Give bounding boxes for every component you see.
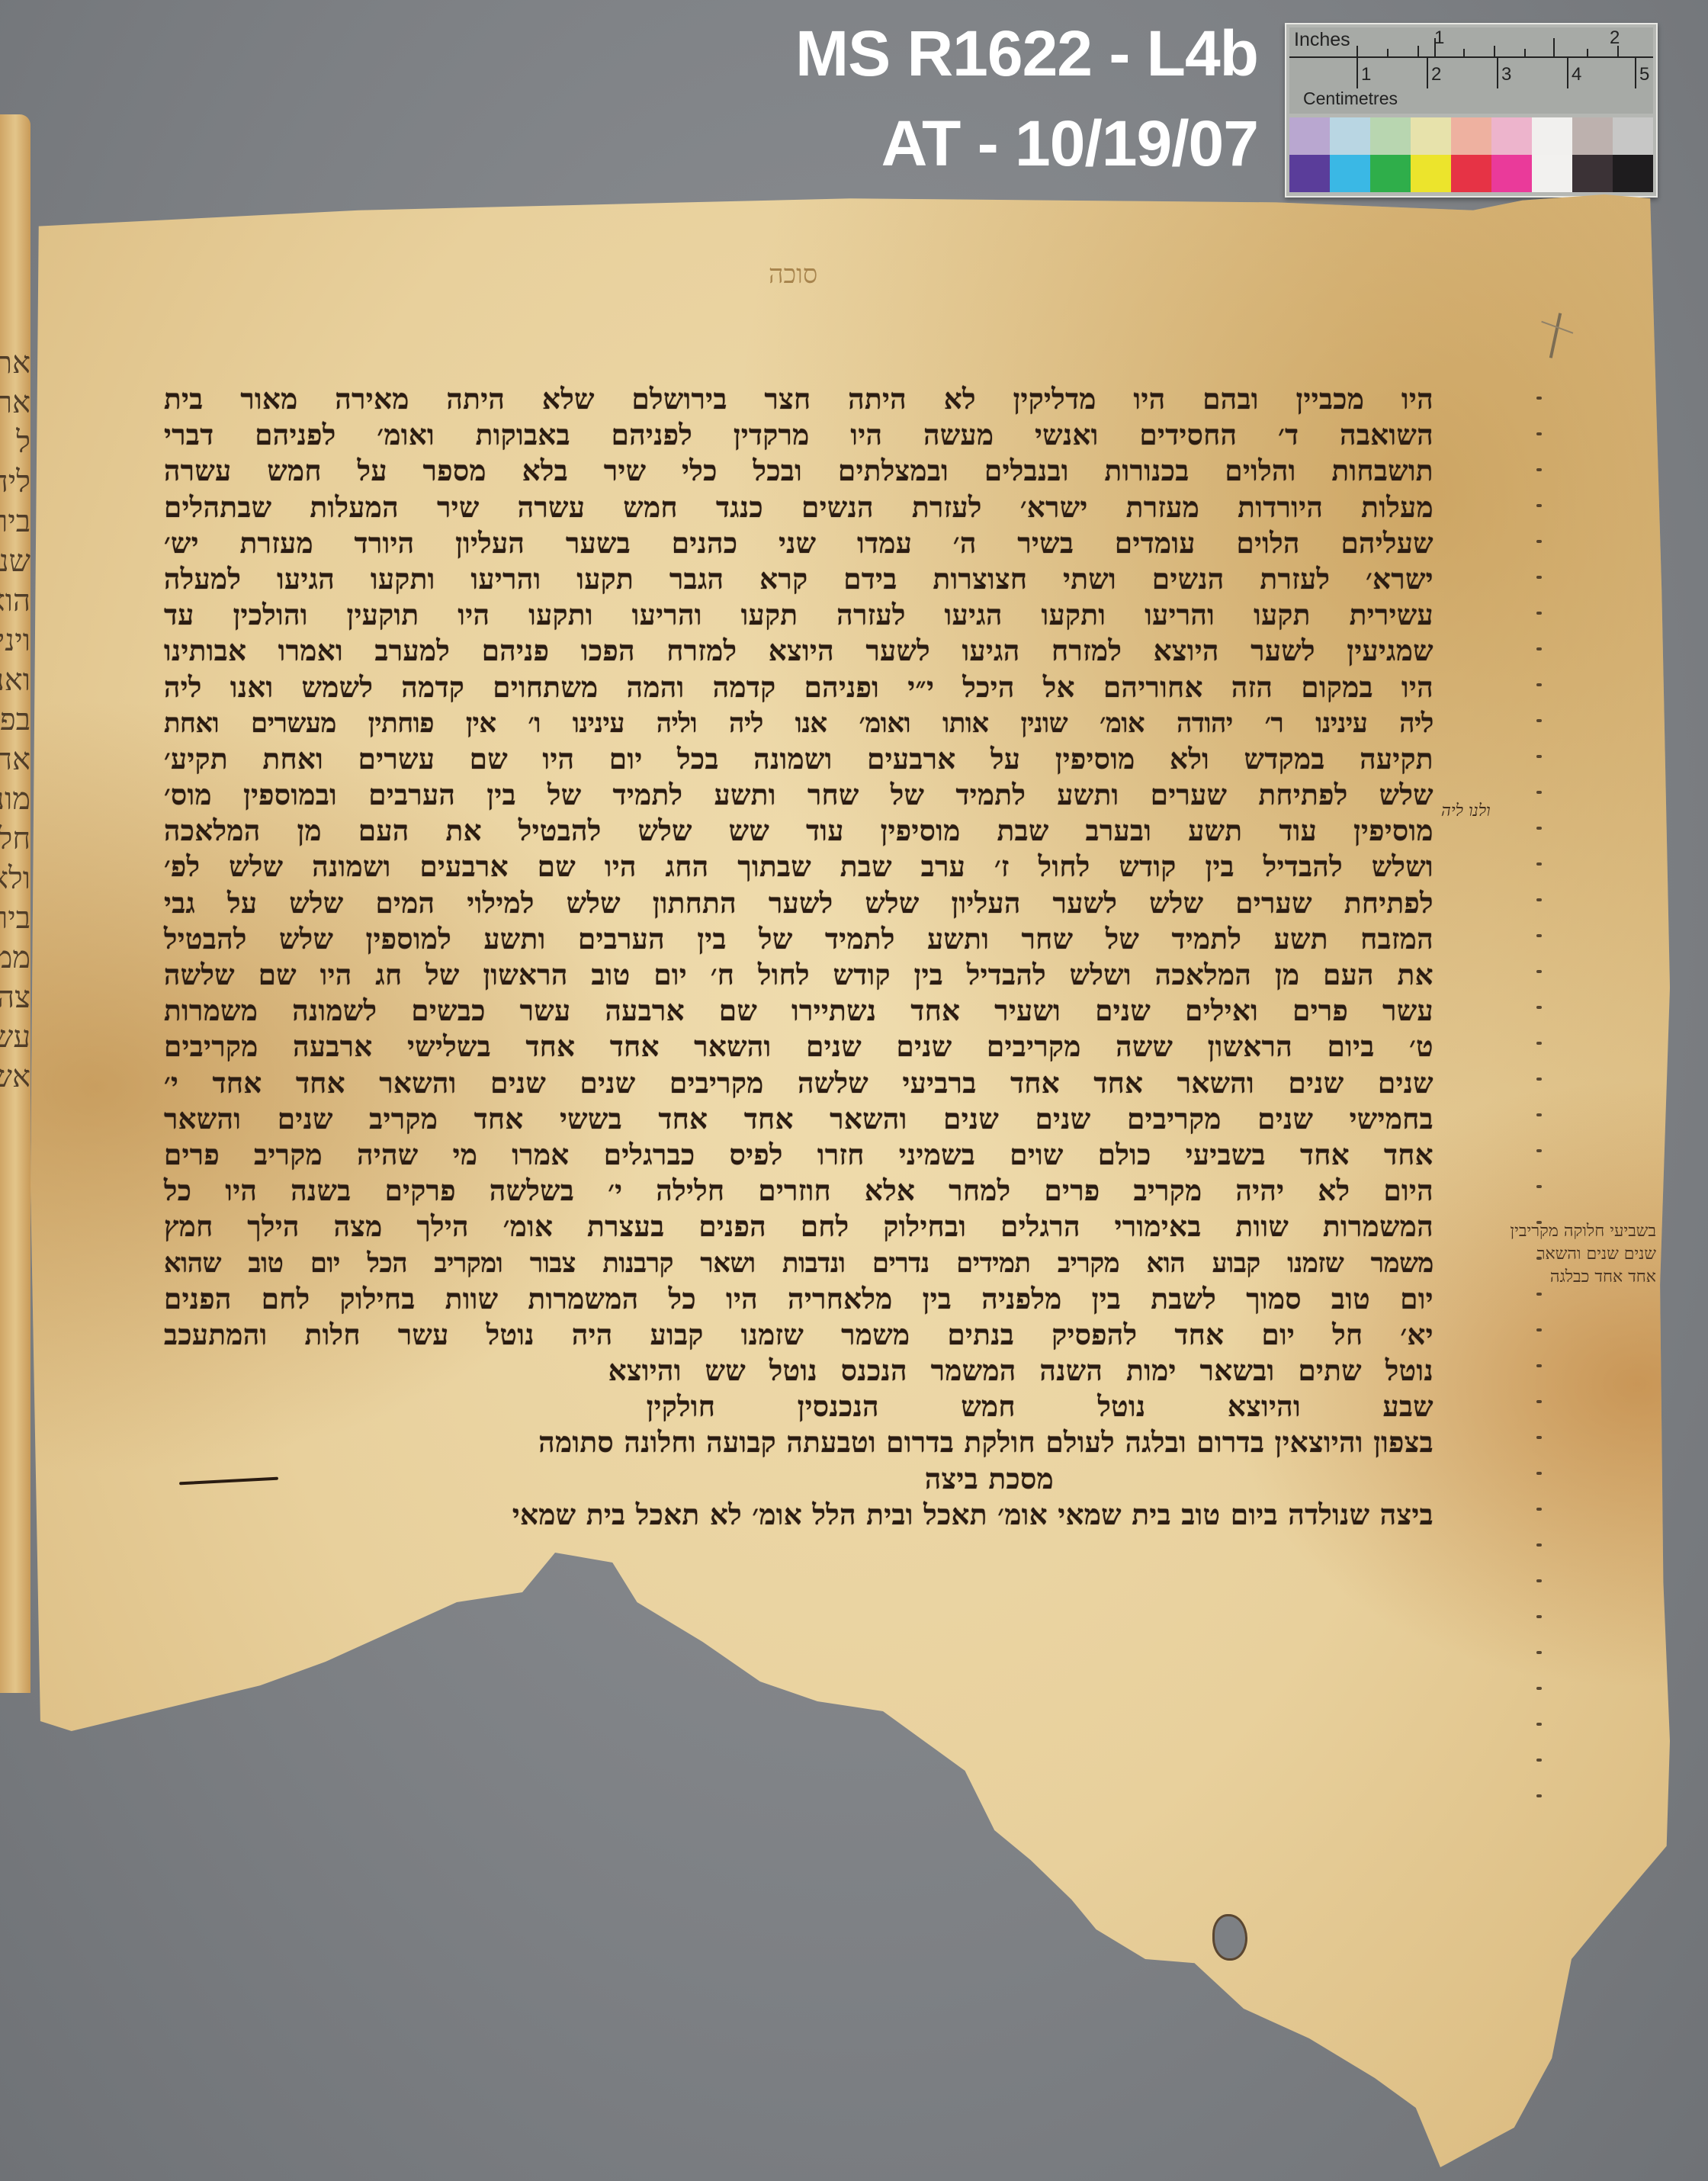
marginal-correction: ולנו ליה	[1441, 801, 1491, 821]
previous-folio-fragment: מונ	[0, 779, 30, 819]
previous-folio-fragment: עשו	[0, 1017, 30, 1057]
previous-folio-fragment: ל	[0, 422, 30, 462]
prick-mark	[1536, 1579, 1542, 1582]
tractate-heading: מסכת ביצה	[164, 1461, 1433, 1497]
prick-mark	[1536, 1543, 1542, 1547]
prick-mark	[1536, 612, 1542, 615]
cm-number: 1	[1361, 64, 1371, 85]
prick-mark	[1536, 1257, 1542, 1260]
prick-mark	[1536, 1794, 1542, 1797]
color-swatch	[1572, 117, 1613, 192]
marginal-note-line: בשביעי חלוקה מקריבין	[1435, 1220, 1656, 1243]
text-line: היו במקום הזה אחוריהם אל היכל י״י ופניהם…	[164, 670, 1433, 705]
text-line: ליה עינינו ר׳ יהודה אומ׳ שונין אותו ואומ…	[164, 705, 1433, 741]
prick-mark	[1536, 1400, 1542, 1403]
prick-mark	[1536, 576, 1542, 579]
prick-mark	[1536, 1042, 1542, 1045]
parchment-hole	[1212, 1914, 1247, 1961]
photo-date-label: AT - 10/19/07	[671, 107, 1258, 180]
prick-mark	[1536, 1221, 1542, 1224]
prick-mark	[1536, 647, 1542, 650]
prick-mark	[1536, 540, 1542, 543]
cm-number: 3	[1501, 64, 1511, 85]
cm-number: 2	[1431, 64, 1441, 85]
text-line: עשירית תקעו והריעו ותקעו הגיעו לעזרה תקע…	[164, 597, 1433, 633]
text-line: שעליהם הלוים עומדים בשיר ה׳ עמדו שני כהנ…	[164, 525, 1433, 561]
previous-folio-fragment: ויני	[0, 621, 30, 660]
previous-folio-fragment: צהו	[0, 978, 30, 1017]
prick-mark	[1536, 1185, 1542, 1188]
color-swatch	[1330, 117, 1370, 192]
text-line: המשמרות שוות באימורי הרגלים ובחילוק לחם …	[164, 1209, 1433, 1245]
text-line: ישרא׳ לעזרת הנשים ושתי חצוצרות בידם קרא …	[164, 561, 1433, 597]
color-swatch	[1532, 117, 1572, 192]
prick-mark	[1536, 719, 1542, 722]
previous-folio-fragment: חלו	[0, 819, 30, 859]
text-line: השואבה ד׳ החסידים ואנשי מעשה היו מרקדין …	[164, 417, 1433, 453]
previous-folio-fragment: אחד	[0, 740, 30, 779]
previous-folio-fragment: ולא	[0, 859, 30, 898]
prick-mark	[1536, 1436, 1542, 1439]
prick-mark	[1536, 504, 1542, 507]
previous-folio-fragment: ליה	[0, 462, 30, 502]
prick-mark	[1536, 1328, 1542, 1331]
cm-number: 5	[1639, 64, 1649, 85]
prick-mark	[1536, 791, 1542, 794]
text-line: מוסיפין עוד תשע ובערב שבת מוסיפין עוד שש…	[164, 813, 1433, 849]
prick-mark	[1536, 1364, 1542, 1367]
previous-folio-fragment: ממא	[0, 938, 30, 978]
text-line: היו מכביין ובהם היו מדליקין לא היתה חצר …	[164, 381, 1433, 417]
text-line: המזבח תשע לתמיד של שחר ותשע לתמיד של בין…	[164, 921, 1433, 957]
text-line: יא׳ חל יום אחד להפסיק בנתים משמר שזמנו ק…	[164, 1317, 1433, 1353]
shelfmark-label: MS R1622 - L4b	[671, 17, 1258, 90]
previous-folio-fragment: שנוי	[0, 541, 30, 581]
prick-mark	[1536, 1508, 1542, 1511]
text-line: היום לא יהיה מקריב פרים למחר אלא חוזרים …	[164, 1173, 1433, 1209]
prick-mark	[1536, 898, 1542, 901]
inches-label: Inches	[1294, 29, 1350, 51]
text-line: תושבחות והלוים בכנורות ובנבלים ובמצלתים …	[164, 453, 1433, 489]
prick-mark	[1536, 1615, 1542, 1618]
color-swatch	[1411, 117, 1451, 192]
text-line: יום טוב סמוך לשבת בין מלפניה בין מלאחריה…	[164, 1281, 1433, 1317]
color-swatch	[1491, 117, 1532, 192]
text-line: שמגיעין לשער היוצא למזרח הגיעו לשער היוצ…	[164, 633, 1433, 669]
marginal-note: בשביעי חלוקה מקריבין שנים שנים והשאר אחד…	[1435, 1220, 1656, 1289]
prick-mark	[1536, 1687, 1542, 1690]
previous-folio-text: אתארלליהבירושנויהואויניואנבפראחדמונחלוול…	[0, 343, 30, 1716]
text-line: בצפון והיוצאין בדרום ובלגה לעולם חולקת ב…	[164, 1425, 1433, 1460]
previous-folio-fragment: בירו	[0, 502, 30, 541]
prick-mark	[1536, 683, 1542, 686]
color-swatch	[1451, 117, 1491, 192]
prick-mark	[1536, 1149, 1542, 1152]
prick-mark	[1536, 432, 1542, 435]
text-line: אחד אחד בשביעי כולם שוים בשמיני חזרו לפי…	[164, 1137, 1433, 1173]
text-line: לפתיחת שערים שלש לשער העליון שלש לשער הת…	[164, 885, 1433, 921]
prick-mark	[1536, 1113, 1542, 1116]
cm-number: 4	[1572, 64, 1581, 85]
color-swatch	[1370, 117, 1411, 192]
text-line: ושלש להבדיל בין קודש לחול ז׳ ערב שבת שבת…	[164, 849, 1433, 885]
prick-mark	[1536, 397, 1542, 400]
prick-mark	[1536, 1651, 1542, 1654]
prick-mark	[1536, 755, 1542, 758]
previous-folio-fragment: הוא	[0, 581, 30, 621]
prick-mark	[1536, 1723, 1542, 1726]
text-line: מעלות היורדות מעזרת ישרא׳ לעזרת הנשים כנ…	[164, 490, 1433, 525]
previous-folio-fragment: בירר	[0, 898, 30, 938]
color-swatches	[1289, 117, 1653, 192]
inch-number: 1	[1434, 27, 1444, 49]
prick-mark	[1536, 934, 1542, 937]
running-title: סוכה	[769, 259, 817, 290]
color-swatch	[1613, 117, 1653, 192]
prick-mark	[1536, 1078, 1542, 1081]
previous-folio-edge: אתארלליהבירושנויהואויניואנבפראחדמונחלוול…	[0, 114, 30, 1693]
marginal-note-line: שנים שנים והשאר	[1435, 1243, 1656, 1266]
text-line: נוטל שתים ובשאר ימות השנה המשמר הנכנס נו…	[164, 1353, 1433, 1389]
prick-mark	[1536, 468, 1542, 471]
color-calibration-card: Inches 1 2 1 2 3 4 5 Centimetres	[1285, 23, 1658, 198]
inch-number: 2	[1610, 27, 1620, 49]
text-line: את העם מן המלאכה ושלש להבדיל בין קודש לח…	[164, 957, 1433, 993]
prick-mark	[1536, 1472, 1542, 1475]
previous-folio-fragment: אר	[0, 383, 30, 422]
ruler: Inches 1 2 1 2 3 4 5 Centimetres	[1289, 27, 1653, 114]
text-line: שנים שנים והשאר אחד אחד ברביעי שלשה מקרי…	[164, 1065, 1433, 1101]
text-line: ט׳ ביום הראשון ששה מקריבים שנים שנים והש…	[164, 1029, 1433, 1065]
prick-mark	[1536, 1006, 1542, 1009]
previous-folio-fragment: אשו	[0, 1057, 30, 1097]
text-line: עשר פרים ואילים שנים ושעיר אחד נשתיירו ש…	[164, 993, 1433, 1029]
text-line: שלש לפתיחת שערים ותשע לתמיד של שחר ותשע …	[164, 777, 1433, 813]
text-line: משמר שזמנו קבוע הוא מקריב תמידים נדרים ו…	[164, 1245, 1433, 1281]
centimetres-label: Centimetres	[1303, 88, 1398, 109]
prick-mark	[1536, 862, 1542, 866]
prick-mark	[1536, 1759, 1542, 1762]
color-swatch	[1289, 117, 1330, 192]
ruling-prick-marks	[1536, 397, 1544, 1845]
text-line: תקיעה במקדש ולא מוסיפין על ארבעים ושמונה…	[164, 741, 1433, 777]
text-line: שבע והיוצא נוטל חמש הנכנסין חולקין	[164, 1389, 1433, 1425]
text-line: בחמישי שנים מקריבים שנים שנים והשאר אחד …	[164, 1101, 1433, 1137]
hebrew-text-column: היו מכביין ובהם היו מדליקין לא היתה חצר …	[164, 381, 1433, 1533]
prick-mark	[1536, 827, 1542, 830]
marginal-note-line: אחד אחד כבלגה	[1435, 1266, 1656, 1289]
prick-mark	[1536, 970, 1542, 973]
text-line: ביצה שנולדה ביום טוב בית שמאי אומ׳ תאכל …	[164, 1497, 1433, 1533]
previous-folio-fragment: את	[0, 343, 30, 383]
previous-folio-fragment: ואנ	[0, 660, 30, 700]
previous-folio-fragment: בפר	[0, 700, 30, 740]
prick-mark	[1536, 1293, 1542, 1296]
